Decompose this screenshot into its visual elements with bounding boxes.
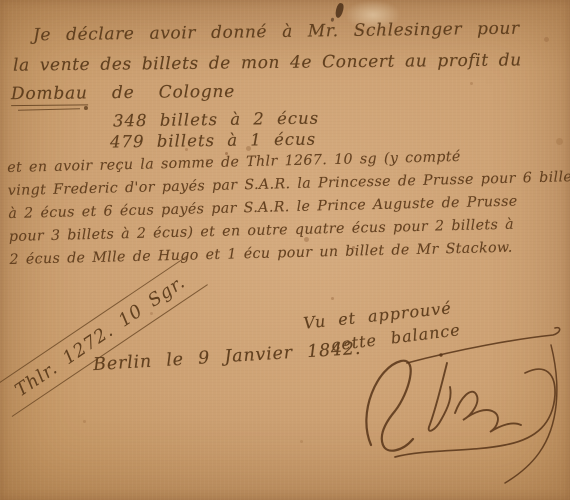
ticket-line-2: 479 billets à 1 écus (110, 130, 316, 152)
liszt-signature (355, 315, 570, 490)
dombau-underline (18, 108, 80, 111)
ink-blot (335, 2, 345, 18)
total-amount: Thlr. 1272. 10 Sgr. (11, 271, 189, 401)
manuscript-page: Je déclare avoir donné à Mr. Schlesinger… (0, 0, 570, 500)
total-diagonal-note: Thlr. 1272. 10 Sgr. (0, 255, 208, 417)
body-line-1: Je déclare avoir donné à Mr. Schlesinger… (33, 19, 520, 46)
dateline: Berlin le 9 Janvier 1842. (93, 339, 362, 375)
receipt-paragraph: et en avoir reçu la somme de Thlr 1267. … (7, 143, 568, 272)
dombau-word: Dombau (11, 83, 88, 106)
body-line-2: la vente des billets de mon 4e Concert a… (13, 50, 522, 75)
body-line-3-rest: de Cologne (88, 82, 236, 104)
body-line-3: Dombau de Cologne (11, 82, 235, 104)
ticket-line-1: 348 billets à 2 écus (113, 109, 319, 131)
foxing-spots (0, 0, 3, 3)
